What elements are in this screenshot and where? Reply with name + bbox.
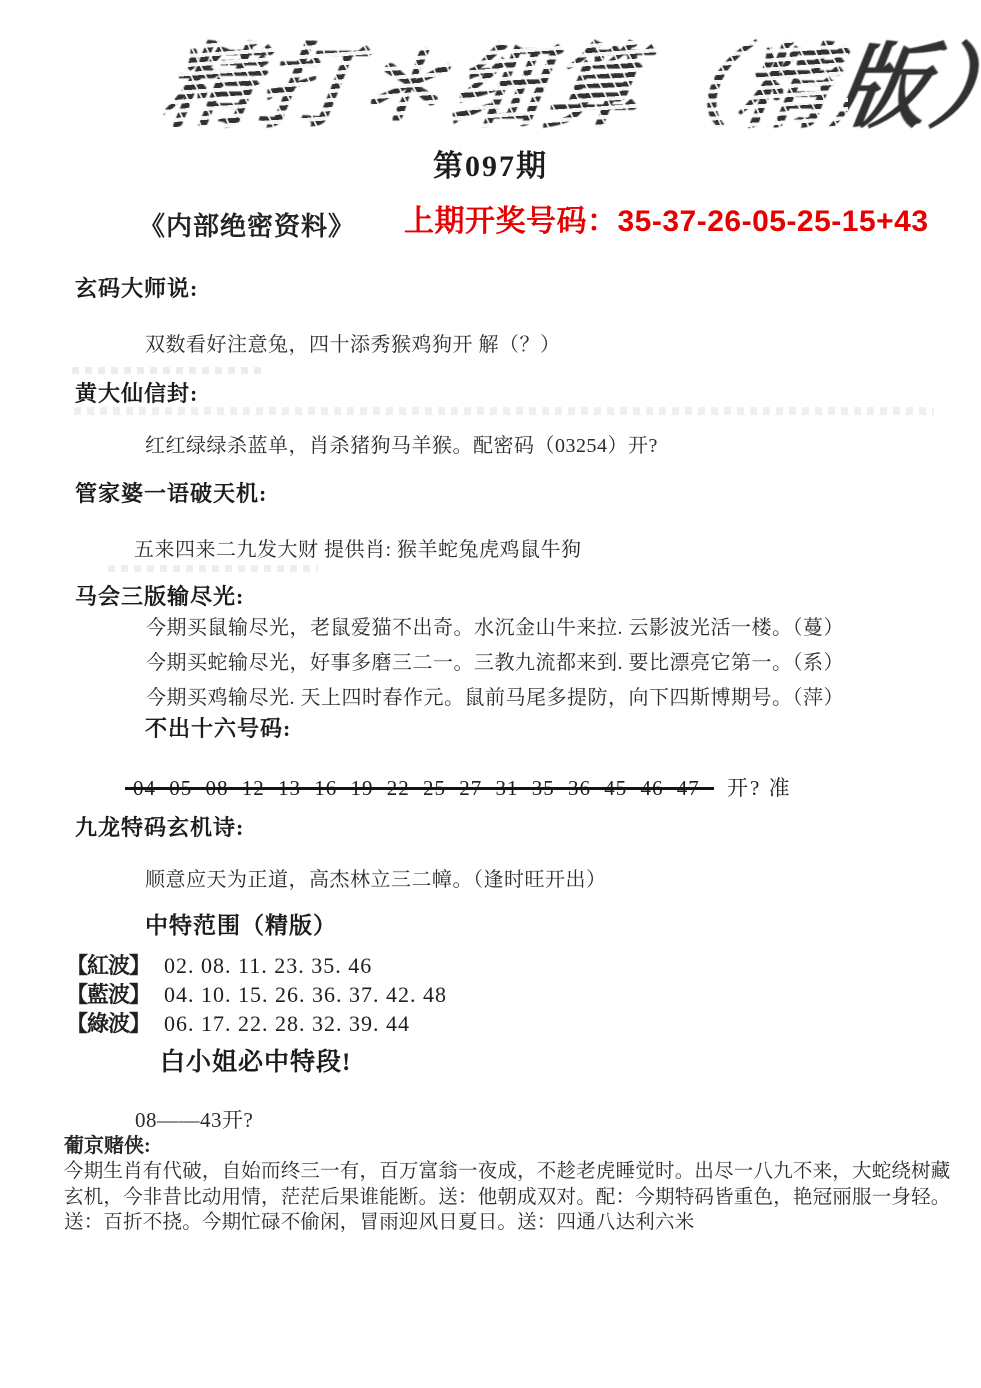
pujing-paragraph-line: 今期生肖有代破，自始而终三一有，百万富翁一夜成，不趁老虎睡觉时。出尽一八九不来，…: [64, 1160, 951, 1184]
baixiaojie-segment: 08——43开?: [135, 1107, 253, 1133]
xuanma-master-tip: 双数看好注意兔，四十添秀猴鸡狗开 解（？）: [145, 333, 561, 358]
wave-label-green: 【綠波】: [66, 1011, 150, 1036]
secret-label: 《内部绝密资料》: [139, 211, 355, 244]
guanjiapo-tip: 五来四来二九发大财 提供肖: 猴羊蛇兔虎鸡鼠牛狗: [134, 538, 582, 563]
section-heading-jiulong-poem: 九龙特码玄机诗:: [75, 814, 244, 842]
mahui-verse-line: 今期买蛇输尽光，好事多磨三二一。三教九流都来到. 要比漂亮它第一。（系）: [146, 651, 844, 676]
jiulong-poem-line: 顺意应天为正道，高杰林立三二幛。（逢时旺开出）: [145, 868, 607, 893]
excluded-numbers-row: 04 05 08 12 13 16 19 22 25 27 31 35 36 4…: [133, 775, 792, 801]
wave-numbers-red: 02. 08. 11. 23. 35. 46: [164, 953, 372, 978]
mahui-verse-line: 今期买鼠输尽光，老鼠爱猫不出奇。水沉金山牛来拉. 云影波光活一楼。（蔓）: [146, 616, 844, 641]
section-heading-guanjiapo: 管家婆一语破天机:: [75, 480, 267, 508]
wave-numbers-green: 06. 17. 22. 28. 32. 39. 44: [164, 1011, 410, 1036]
masthead-logo-text: 精打＊细算（精版）: [148, 14, 881, 146]
excluded-numbers-result: 开? 准: [727, 776, 792, 800]
scan-artifact: [108, 565, 318, 572]
pujing-paragraph-line: 玄机，今非昔比动用情，茫茫后果谁能断。送：他朝成双对。配：今期特码皆重色，艳冠丽…: [64, 1186, 951, 1210]
huangdaxian-tip: 红红绿绿杀蓝单，肖杀猪狗马羊猴。配密码（03254）开?: [145, 434, 658, 459]
mahui-verse-line: 今期买鸡输尽光. 天上四时春作元。鼠前马尾多提防，向下四斯博期号。（萍）: [146, 686, 844, 711]
masthead-logo: 精打＊细算（精版）: [148, 14, 828, 146]
section-heading-huangdaxian: 黄大仙信封:: [75, 380, 198, 408]
section-heading-baixiaojie: 白小姐必中特段!: [160, 1047, 351, 1078]
pujing-paragraph-line: 送：百折不挠。今期忙碌不偷闲，冒雨迎风日夏日。送：四通八达利六米: [64, 1211, 694, 1235]
wave-row-blue: 【藍波】04. 10. 15. 26. 36. 37. 42. 48: [66, 981, 447, 1009]
section-heading-pujing: 葡京赌侠:: [64, 1134, 151, 1159]
section-heading-mahui: 马会三版输尽光:: [75, 583, 244, 611]
excluded-numbers-strikethrough: 04 05 08 12 13 16 19 22 25 27 31 35 36 4…: [133, 775, 700, 801]
wave-numbers-blue: 04. 10. 15. 26. 36. 37. 42. 48: [164, 982, 447, 1007]
lottery-tip-sheet: 精打＊细算（精版） 第097期 《内部绝密资料》 上期开奖号码：35-37-26…: [0, 0, 981, 1388]
scan-artifact: [74, 407, 934, 415]
wave-row-green: 【綠波】06. 17. 22. 28. 32. 39. 44: [66, 1010, 410, 1038]
issue-number: 第097期: [0, 148, 981, 186]
wave-label-blue: 【藍波】: [66, 982, 150, 1007]
scan-artifact: [72, 367, 262, 374]
section-heading-xuanma-master: 玄码大师说:: [75, 275, 198, 303]
wave-label-red: 【紅波】: [66, 953, 150, 978]
wave-row-red: 【紅波】02. 08. 11. 23. 35. 46: [66, 952, 372, 980]
section-heading-sixteen-numbers: 不出十六号码:: [145, 715, 291, 743]
section-heading-zhongte-range: 中特范围（精版）: [145, 912, 337, 941]
last-draw-numbers: 上期开奖号码：35-37-26-05-25-15+43: [404, 203, 929, 241]
